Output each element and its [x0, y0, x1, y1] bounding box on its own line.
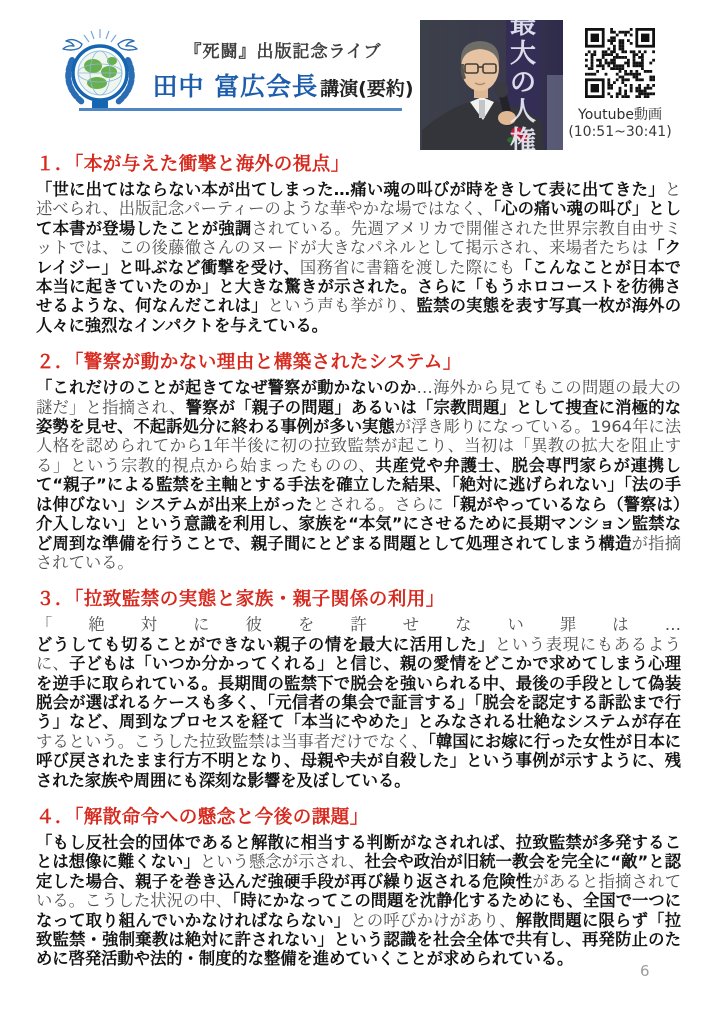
- title-block: 『死闘』出版記念ライブ 田中 富広会長講演(要約): [138, 37, 428, 103]
- title-suffix: 講演(要約): [320, 78, 413, 100]
- photo-backdrop-char: 大: [508, 40, 538, 69]
- document-page: 『死闘』出版記念ライブ 田中 富広会長講演(要約): [0, 0, 709, 1024]
- section-1-heading: １．「本が与えた衝撃と海外の視点」: [36, 153, 681, 176]
- qr-caption-time-range: (10:51~30:41): [559, 124, 681, 140]
- section-4-paragraph: 「もし反社会的団体であると解散に相当する判断がなされれば、拉致監禁が多発すること…: [36, 833, 681, 969]
- section-3: ３．「拉致監禁の実態と家族・親子関係の利用」 「絶対に彼を許せない罪は…どうして…: [36, 588, 681, 790]
- section-2: ２．「警察が動かない理由と構築されたシステム」 「これだけのことが起きてなぜ警察…: [36, 351, 681, 572]
- photo-backdrop-char: の: [508, 69, 538, 98]
- title-underline: [79, 108, 402, 111]
- qr-caption: Youtube動画: [559, 104, 681, 124]
- photo-backdrop-text: 最 大 の 人 権: [508, 20, 538, 150]
- photo-backdrop-char: 権: [508, 127, 538, 150]
- section-2-paragraph: 「これだけのことが起きてなぜ警察が動かないのか…海外から見てもこの問題の最大の謎…: [36, 378, 681, 572]
- event-title: 『死闘』出版記念ライブ: [138, 37, 428, 62]
- speaker-name: 田中 富広会長: [152, 72, 318, 101]
- section-4: ４．「解散命令への懸念と今後の課題」 「もし反社会的団体であると解散に相当する判…: [36, 806, 681, 969]
- page-number: 6: [640, 962, 650, 980]
- header: 『死闘』出版記念ライブ 田中 富広会長講演(要約): [0, 0, 709, 151]
- photo-backdrop-char: 最: [508, 20, 538, 40]
- section-1: １．「本が与えた衝撃と海外の視点」 「世に出てはならない本が出てしまった…痛い魂…: [36, 153, 681, 335]
- section-1-paragraph: 「世に出てはならない本が出てしまった…痛い魂の叫びが時をきして表に出てきた」と述…: [36, 180, 681, 335]
- section-3-paragraph: 「絶対に彼を許せない罪は…どうしても切ることができない親子の情を最大に活用した」…: [36, 615, 681, 790]
- qr-block: Youtube動画 (10:51~30:41): [559, 28, 681, 140]
- upf-logo-icon: [55, 28, 145, 118]
- qr-code: [585, 28, 655, 98]
- section-4-heading: ４．「解散命令への懸念と今後の課題」: [36, 806, 681, 829]
- section-2-heading: ２．「警察が動かない理由と構築されたシステム」: [36, 351, 681, 374]
- photo-backdrop-char: 人: [508, 98, 538, 127]
- speaker-photo-image: 最 大 の 人 権: [420, 20, 563, 150]
- document-body: １．「本が与えた衝撃と海外の視点」 「世に出てはならない本が出てしまった…痛い魂…: [0, 153, 709, 969]
- section-3-heading: ３．「拉致監禁の実態と家族・親子関係の利用」: [36, 588, 681, 611]
